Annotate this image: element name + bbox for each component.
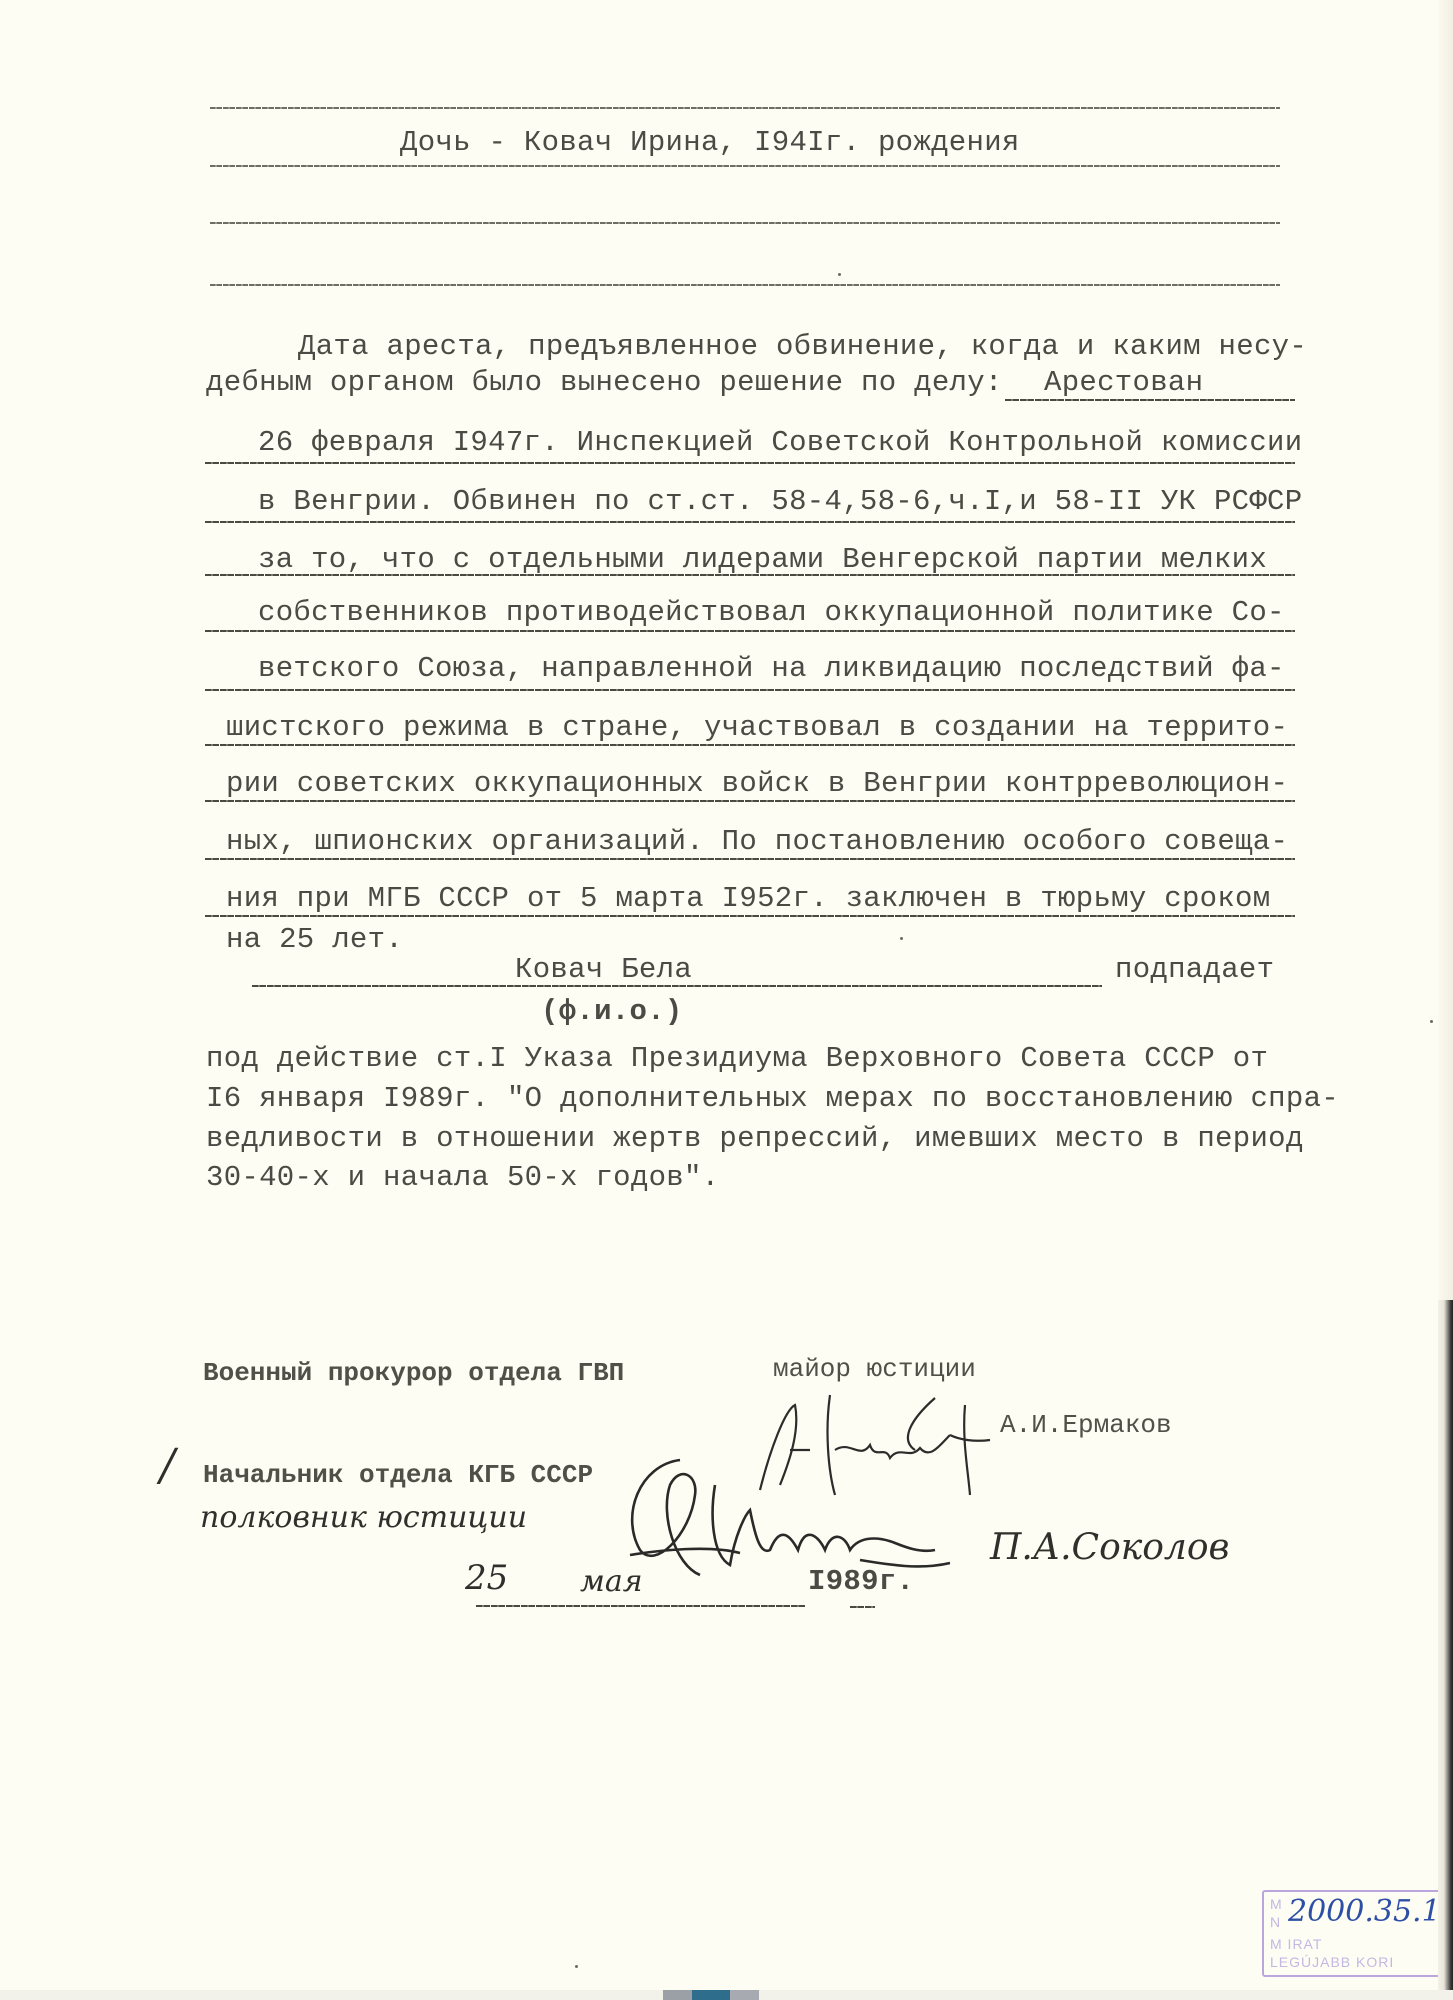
color-calibration-strip: [663, 1990, 759, 2000]
body-line: шистского режима в стране, участвовал в …: [226, 711, 1288, 744]
document-page: Дочь - Ковач Ирина, I94Iг. рождения Дата…: [0, 0, 1438, 1990]
answer-first: Арестован: [1044, 366, 1203, 399]
underline: [205, 744, 1295, 746]
body-line: рии советских оккупационных войск в Венг…: [226, 767, 1288, 800]
stamp-text: LEGÚJABB KORI: [1270, 1954, 1394, 1970]
underline: [1005, 399, 1295, 401]
person-name: Ковач Бела: [515, 953, 692, 986]
body-line: ных, шпионских организаций. По постановл…: [226, 825, 1288, 858]
underline: [205, 574, 1295, 576]
paper-speck: [838, 273, 841, 276]
term-line: на 25 лет.: [226, 923, 403, 956]
name-field-underline: [252, 985, 1102, 987]
body-line: в Венгрии. Обвинен по ст.ст. 58-4,58-6,ч…: [258, 485, 1302, 518]
kgb-role: Начальник отдела КГБ СССР: [203, 1460, 593, 1490]
falls-under-text: подпадает: [1115, 953, 1274, 986]
decree-line: под действие ст.I Указа Президиума Верхо…: [206, 1042, 1268, 1075]
stamp-text: N: [1270, 1914, 1281, 1930]
rule-line: [210, 284, 1280, 286]
paper-speck: [900, 937, 903, 940]
prosecutor-role: Военный прокурор отдела ГВП: [203, 1358, 624, 1388]
decree-line: 30-40-х и начала 50-х годов".: [206, 1161, 719, 1194]
underline: [205, 915, 1295, 917]
decree-line: I6 января I989г. "О дополнительных мерах…: [206, 1082, 1339, 1115]
prosecutor-rank: майор юстиции: [773, 1354, 976, 1384]
prosecutor-name: А.И.Ермаков: [1000, 1410, 1172, 1440]
date-underline: [476, 1605, 806, 1607]
underline: [205, 689, 1295, 691]
body-line: ветского Союза, направленной на ликвидац…: [258, 652, 1285, 685]
date-day: 25: [465, 1558, 508, 1598]
rule-line: [210, 165, 1280, 167]
body-line: ния при МГБ СССР от 5 марта I952г. заклю…: [226, 882, 1270, 915]
kgb-rank-handwritten: полковник юстиции: [200, 1500, 527, 1535]
check-mark: /: [160, 1440, 175, 1491]
underline: [205, 858, 1295, 860]
date-month: мая: [580, 1564, 643, 1599]
question-line-2: дебным органом было вынесено решение по …: [206, 366, 1003, 399]
body-line: 26 февраля I947г. Инспекцией Советской К…: [258, 426, 1302, 459]
rule-line: [210, 222, 1280, 224]
date-underline: [850, 1606, 875, 1608]
body-line: за то, что с отдельными лидерами Венгерс…: [258, 543, 1267, 576]
kgb-name-handwritten: П.А.Соколов: [990, 1527, 1229, 1568]
name-caption: (ф.и.о.): [541, 995, 683, 1028]
header-line: Дочь - Ковач Ирина, I94Iг. рождения: [400, 126, 1020, 159]
underline: [205, 462, 1295, 464]
stamp-text: M: [1270, 1896, 1283, 1912]
underline: [205, 630, 1295, 632]
paper-speck: [1430, 1020, 1433, 1023]
rule-line: [210, 107, 1280, 109]
decree-line: ведливости в отношении жертв репрессий, …: [206, 1122, 1304, 1155]
question-line-1: Дата ареста, предъявленное обвинение, ко…: [298, 330, 1307, 363]
stamp-text: M IRAT: [1270, 1936, 1322, 1952]
date-year: I989г.: [808, 1565, 914, 1598]
underline: [205, 521, 1295, 523]
archive-stamp: M N M IRAT LEGÚJABB KORI 2000.35.1.: [1262, 1890, 1441, 1977]
body-line: собственников противодействовал оккупаци…: [258, 596, 1285, 629]
page-edge: [1438, 0, 1453, 1300]
catalog-number: 2000.35.1.: [1288, 1894, 1450, 1929]
underline: [205, 800, 1295, 802]
paper-speck: [575, 1965, 578, 1968]
